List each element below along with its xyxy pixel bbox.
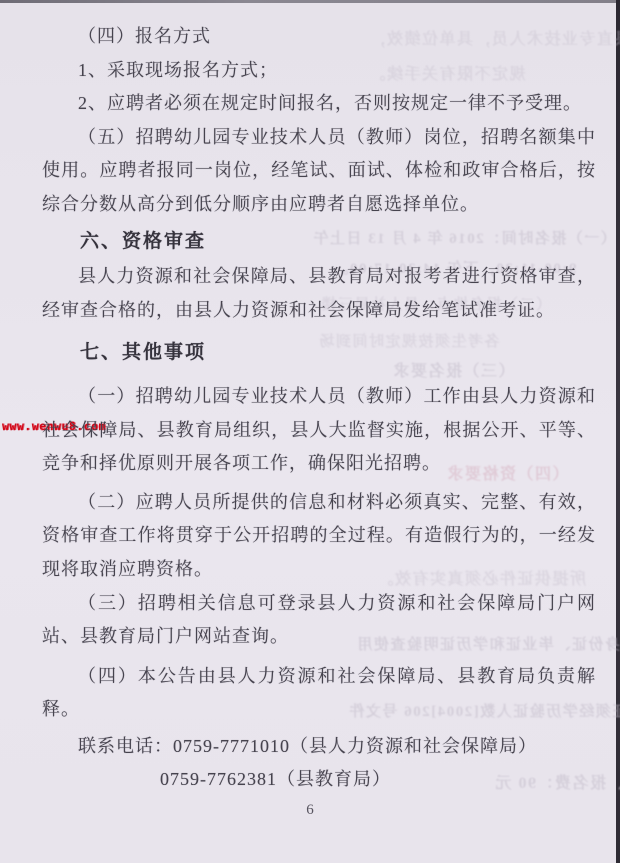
document-text: （四）报名方式 1、采取现场报名方式； 2、应聘者必须在规定时间报名，否则按规定… bbox=[0, 0, 620, 863]
scanned-document-page: 县直专业技术人员，具单位绩效， 规定不限有关手续。 （一）报名时间：2016 年… bbox=[0, 0, 620, 863]
para-registration-item-1: 1、采取现场报名方式； bbox=[42, 54, 596, 88]
heading-other-matters: 七、其他事项 bbox=[42, 336, 596, 370]
para-contact-phone-2: 0759-7762381（县教育局） bbox=[160, 763, 596, 797]
heading-qualification-review: 六、资格审查 bbox=[42, 225, 596, 259]
page-number: 6 bbox=[0, 802, 620, 819]
para-contact-phone-1: 联系电话：0759-7771010（县人力资源和社会保障局） bbox=[42, 730, 596, 764]
para-other-matters-2: （二）应聘人员所提供的信息和材料必须真实、完整、有效，资格审查工作将贯穿于公开招… bbox=[42, 486, 596, 587]
para-position-allocation: （五）招聘幼儿园专业技术人员（教师）岗位，招聘名额集中使用。应聘者报同一岗位，经… bbox=[42, 121, 596, 222]
para-other-matters-3: （三）招聘相关信息可登录县人力资源和社会保障局门户网站、县教育局门户网站查询。 bbox=[42, 587, 596, 654]
para-other-matters-4: （四）本公告由县人力资源和社会保障局、县教育局负责解释。 bbox=[42, 660, 596, 727]
para-registration-method-title: （四）报名方式 bbox=[42, 20, 596, 54]
para-other-matters-1: （一）招聘幼儿园专业技术人员（教师）工作由县人力资源和社会保障局、县教育局组织，… bbox=[42, 380, 596, 481]
para-qualification-review: 县人力资源和社会保障局、县教育局对报考者进行资格审查，经审查合格的，由县人力资源… bbox=[42, 260, 596, 327]
para-registration-item-2: 2、应聘者必须在规定时间报名，否则按规定一律不予受理。 bbox=[42, 87, 596, 121]
